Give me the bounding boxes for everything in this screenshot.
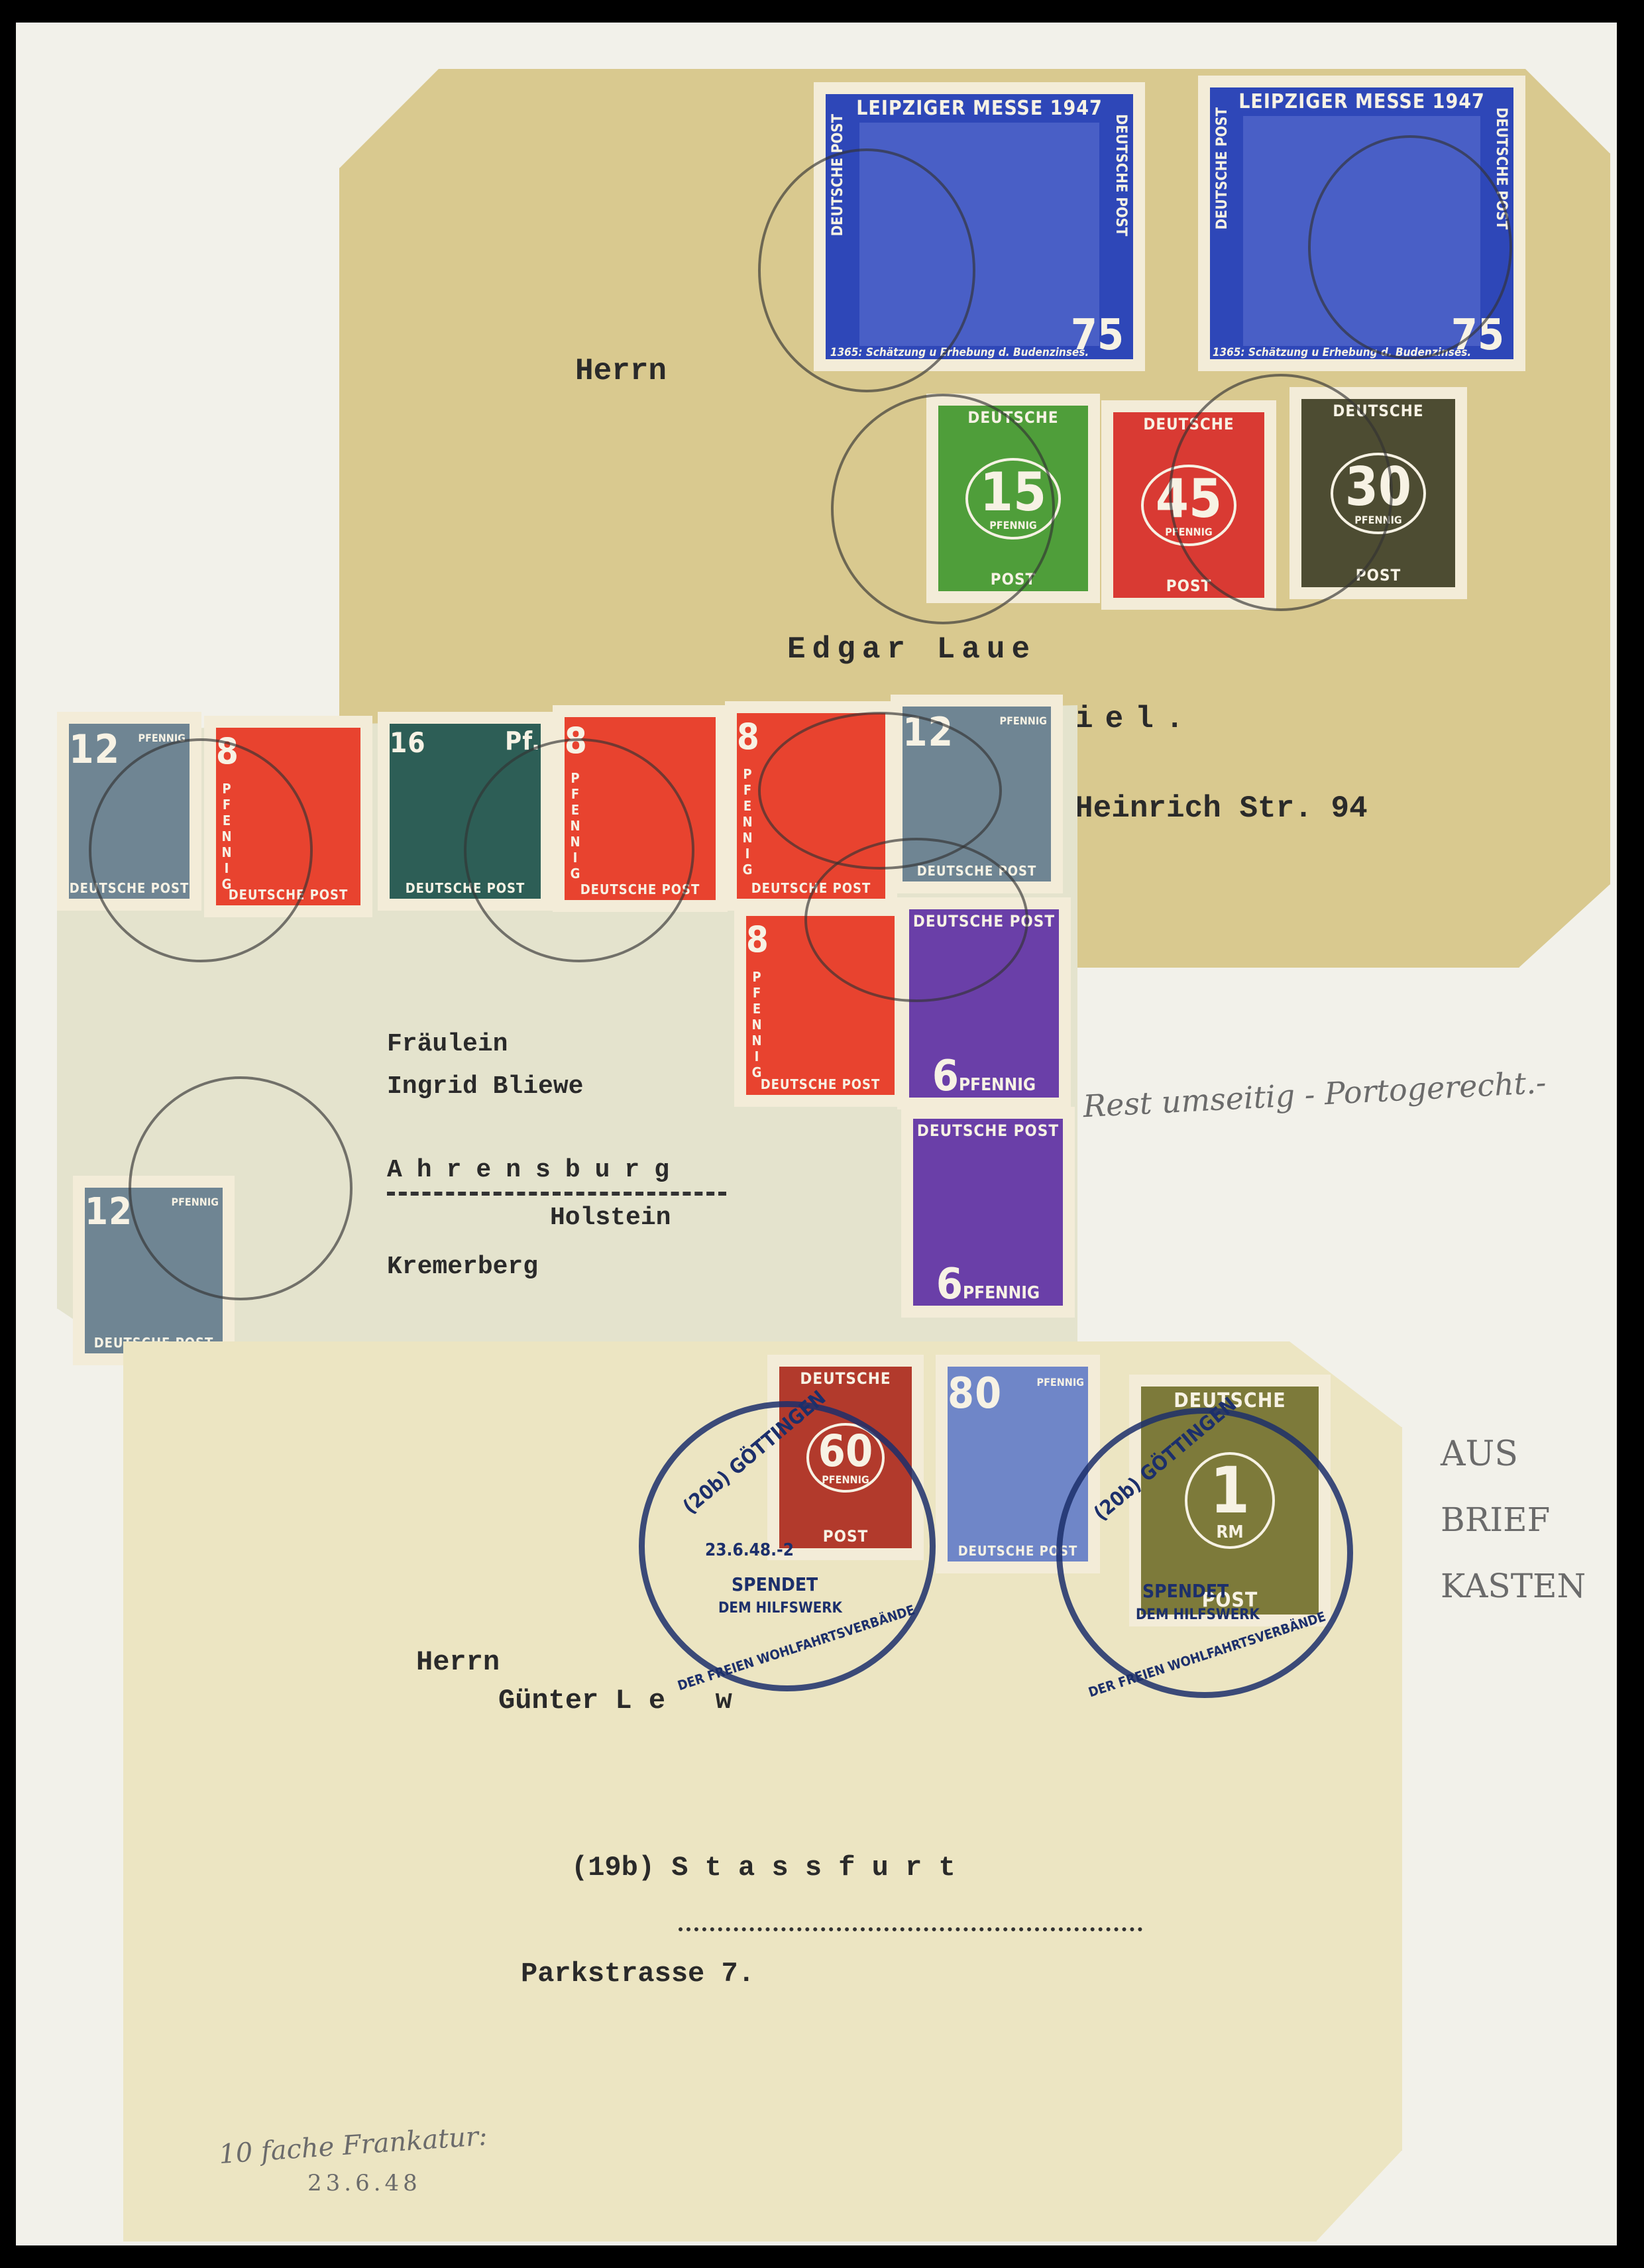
address-city: Ahrensburg <box>387 1156 684 1184</box>
stamp-value: 6 <box>936 1263 963 1306</box>
stamp-value: 75 <box>1071 314 1124 357</box>
postmark-bargteheide-2 <box>464 738 694 962</box>
postmark-kiel-4 <box>1169 374 1393 611</box>
postmark-kiel-2 <box>1308 135 1512 359</box>
stamp-value: 12 <box>85 1188 133 1236</box>
address-name: Ingrid Bliewe <box>387 1072 583 1101</box>
address-name: Edgar Laue <box>787 632 1036 667</box>
postmark-bargteheide-5 <box>129 1076 353 1300</box>
stamp-value: 8 <box>746 916 769 963</box>
stamp-value: 80 <box>948 1367 1002 1421</box>
address-region: Holstein <box>550 1204 671 1232</box>
stamp-value: 12 <box>69 724 120 775</box>
postmark-bargteheide-4 <box>804 838 1028 1002</box>
address-city-underline <box>679 1923 1142 1931</box>
postmark-bargteheide-1 <box>89 738 313 962</box>
stamp-series: LEIPZIGER MESSE 1947 <box>856 94 1103 123</box>
stamp-country-left: DEUTSCHE POST <box>1214 107 1231 229</box>
album-page: LEIPZIGER MESSE 1947 1365: Schätzung u E… <box>16 23 1617 2245</box>
address-salutation: Fräulein <box>387 1030 508 1058</box>
address-city: iel. <box>1075 702 1195 736</box>
stamp-unit: PFENNIG <box>740 766 755 878</box>
address-city-underline <box>387 1188 726 1196</box>
stamp-6-pfennig: DEUTSCHE POST 6 PFENNIG <box>901 1107 1075 1318</box>
note-briefkasten-line-2: BRIEF <box>1441 1501 1550 1539</box>
address-street: Kremerberg <box>387 1253 538 1281</box>
note-porto: Rest umseitig - Portogerecht.- <box>1082 1064 1547 1125</box>
stamp-top: DEUTSCHE POST <box>917 1119 1059 1143</box>
stamp-value: 16 <box>390 724 426 762</box>
stamp-value: 8 <box>737 713 760 760</box>
stamp-unit: PFENNIG <box>1037 1376 1084 1389</box>
address-name: Günter L e w <box>498 1685 732 1717</box>
postmark-slogan: DEM HILFSWERK <box>718 1600 842 1616</box>
note-briefkasten-line-1: AUS <box>1441 1434 1518 1474</box>
stamp-value: 6 <box>932 1055 959 1098</box>
stamp-unit: PFENNIG <box>959 1075 1036 1095</box>
address-street: Heinrich Str. 94 <box>1075 791 1368 826</box>
note-briefkasten-line-3: KASTEN <box>1441 1567 1586 1605</box>
stamp-unit: PFENNIG <box>963 1283 1040 1303</box>
note-date: 23.6.48 <box>307 2170 421 2196</box>
postmark-slogan: SPENDET <box>732 1573 818 1595</box>
stamp-series: LEIPZIGER MESSE 1947 <box>1238 87 1485 116</box>
stamp-country-right: DEUTSCHE POST <box>1113 114 1129 236</box>
postmark-kiel-3 <box>831 394 1055 624</box>
stamp-unit: PFENNIG <box>1000 714 1047 727</box>
address-city: (19b) S t a s s f u r t <box>571 1852 956 1884</box>
address-street: Parkstrasse 7. <box>521 1958 755 1990</box>
address-salutation: Herrn <box>575 354 667 388</box>
stamp-bottom: DEUTSCHE POST <box>761 1074 881 1095</box>
postmark-slogan: SPENDET <box>1142 1580 1229 1602</box>
postmark-date: 23.6.48.-2 <box>705 1540 794 1560</box>
postmark-slogan: DEM HILFSWERK <box>1136 1607 1260 1623</box>
stamp-unit: PFENNIG <box>749 969 765 1080</box>
address-salutation: Herrn <box>416 1646 500 1678</box>
postmark-kiel-1 <box>758 148 975 392</box>
